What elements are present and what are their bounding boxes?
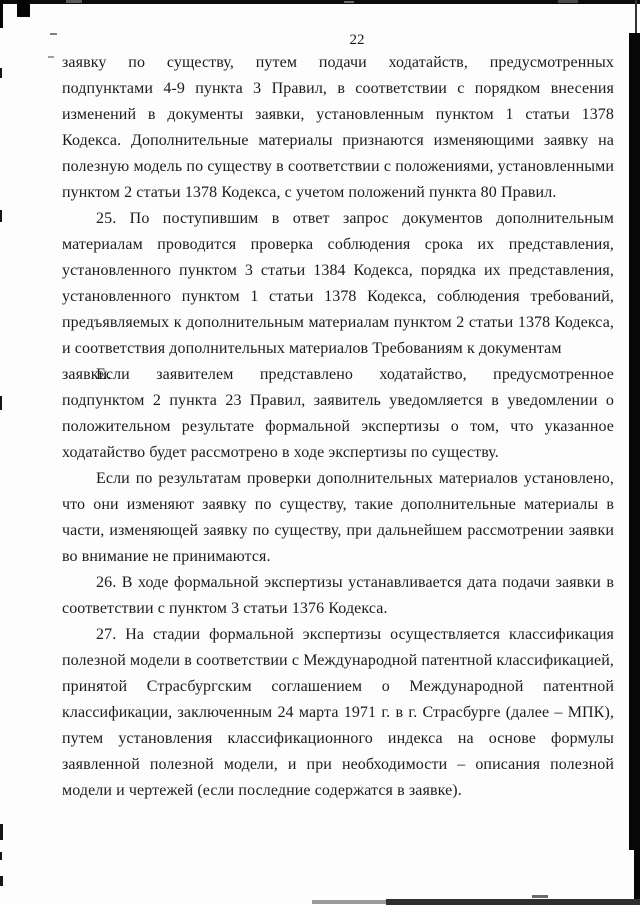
scan-edge-top-gray-1 — [66, 0, 82, 3]
text-line: 26. В ходе формальной экспертизы устанав… — [62, 570, 614, 596]
text-line: пунктом 2 статьи 1378 Кодекса, с учетом … — [62, 180, 614, 206]
text-line: полезную модель по существу в соответств… — [62, 154, 614, 180]
paragraph: 25. По поступившим в ответ запрос докуме… — [62, 206, 614, 362]
text-line: ходатайство будет рассмотрено в ходе экс… — [62, 440, 614, 466]
scanned-document-page: 22 заявку по существу, путем подачи хода… — [0, 0, 640, 905]
scan-edge-left-tick-5 — [0, 852, 2, 860]
text-line: установленного пунктом 3 статьи 1384 Код… — [62, 258, 614, 284]
text-line: что они изменяют заявку по существу, так… — [62, 492, 614, 518]
paragraph: 26. В ходе формальной экспертизы устанав… — [62, 570, 614, 622]
text-line: заявку по существу, путем подачи ходатай… — [62, 50, 614, 76]
scan-edge-right-strip-bottom — [634, 850, 640, 905]
scan-speck-1 — [50, 33, 57, 35]
scan-edge-right-line — [635, 0, 637, 36]
scan-edge-top-gray-3 — [558, 0, 578, 3]
text-line: заявленной полезной модели, и при необхо… — [62, 752, 614, 778]
text-line: полезной модели в соответствии с Междуна… — [62, 648, 614, 674]
scan-edge-left-tick-3 — [0, 396, 2, 410]
text-line: материалам проводится проверка соблюдени… — [62, 232, 614, 258]
scan-edge-bottom-light — [312, 900, 386, 904]
text-line: Если по результатам проверки дополнитель… — [62, 466, 614, 492]
text-line: подпунктом 2 пункта 23 Правил, заявитель… — [62, 388, 614, 414]
scan-edge-right-strip — [629, 33, 640, 850]
text-line: во внимание не принимаются. — [62, 544, 614, 570]
text-line: 27. На стадии формальной экспертизы осущ… — [62, 622, 614, 648]
text-line: изменений в документы заявки, установлен… — [62, 102, 614, 128]
scan-edge-top-gray-2 — [344, 1, 354, 3]
text-line: принятой Страсбургским соглашением о Меж… — [62, 674, 614, 700]
paragraph: Если заявителем представлено ходатайство… — [62, 362, 614, 466]
text-line: установленного пунктом 1 статьи 1378 Код… — [62, 284, 614, 310]
text-line: модели и чертежей (если последние содерж… — [62, 778, 614, 804]
paragraph: 27. На стадии формальной экспертизы осущ… — [62, 622, 614, 804]
text-line: 25. По поступившим в ответ запрос докуме… — [62, 206, 614, 232]
scan-edge-left-tick-2 — [0, 210, 2, 222]
paragraph: заявку по существу, путем подачи ходатай… — [62, 50, 614, 206]
scan-edge-top — [0, 0, 640, 4]
scan-edge-left — [0, 0, 3, 28]
text-line: части, изменяющей заявку по существу, пр… — [62, 518, 614, 544]
scan-edge-topleft-notch — [17, 0, 30, 17]
scan-edge-left-tick-4 — [0, 824, 3, 840]
scan-edge-bottom-dark — [386, 899, 640, 905]
document-body: заявку по существу, путем подачи ходатай… — [62, 50, 614, 804]
scan-edge-left-tick-6 — [0, 876, 3, 886]
text-line: предъявляемых к дополнительным материала… — [62, 310, 614, 336]
text-line: Если заявителем представлено ходатайство… — [62, 362, 614, 388]
text-line: классификации, заключенным 24 марта 1971… — [62, 700, 614, 726]
text-line: положительном результате формальной эксп… — [62, 414, 614, 440]
paragraph: Если по результатам проверки дополнитель… — [62, 466, 614, 570]
text-line: и соответствия дополнительных материалов… — [62, 336, 614, 362]
scan-speck-2 — [48, 56, 54, 58]
text-line: соответствии с пунктом 3 статьи 1376 Код… — [62, 596, 614, 622]
text-line: подпунктами 4-9 пункта 3 Правил, в соотв… — [62, 76, 614, 102]
scan-edge-left-tick-1 — [0, 68, 2, 78]
scan-edge-bottom-mark — [532, 895, 548, 898]
text-line: Кодекса. Дополнительные материалы призна… — [62, 128, 614, 154]
text-line: путем установления классификационного ин… — [62, 726, 614, 752]
